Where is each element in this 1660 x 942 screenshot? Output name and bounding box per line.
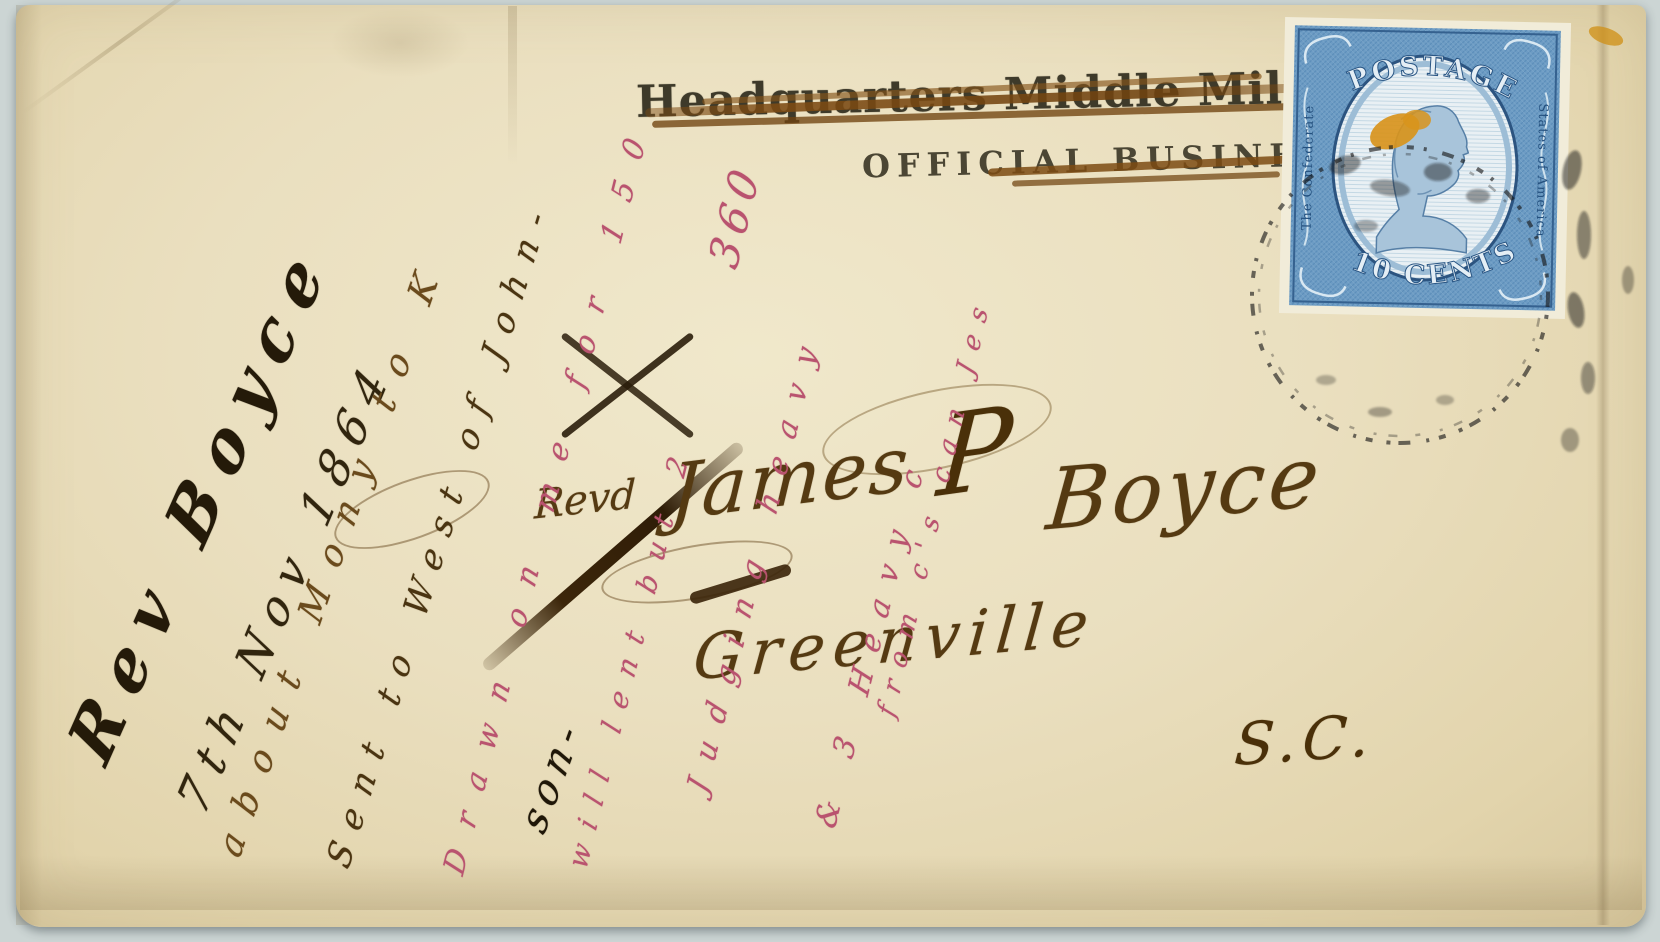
address-state: S.C. [1232,701,1377,779]
envelope-scan: Headquarters Middle Military OFFICIAL BU… [0,0,1660,942]
